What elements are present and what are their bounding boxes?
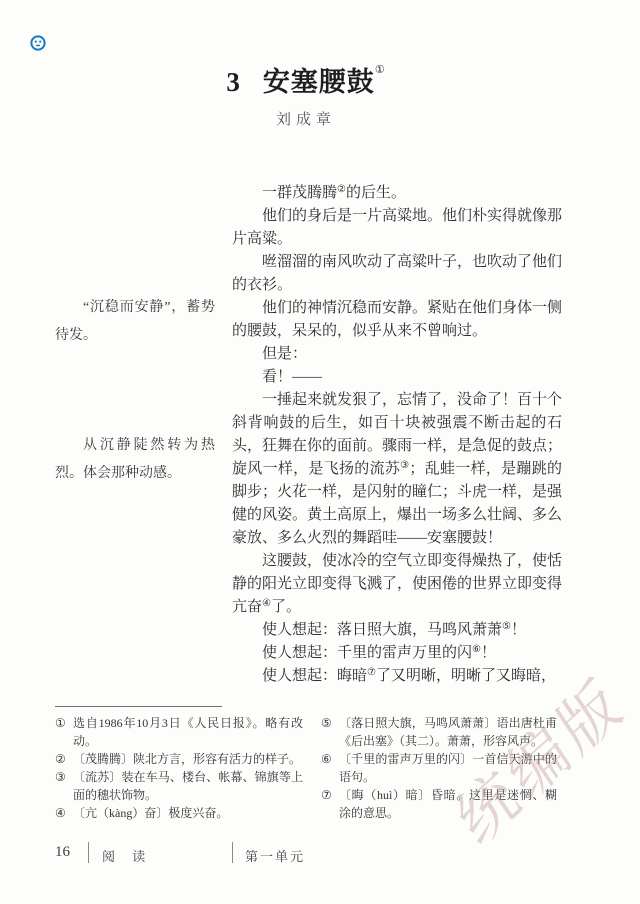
lesson-title: 3安塞腰鼓① — [55, 60, 557, 99]
footnote-marker: ③ — [55, 768, 73, 804]
footnote: ⑦ 〔晦（huì）暗〕昏暗。这里是迷惘、糊涂的意思。 — [321, 786, 557, 822]
lesson-number: 3 — [226, 67, 241, 97]
footnote-marker: ② — [55, 750, 73, 768]
footer-section-label: 阅 读 — [102, 846, 152, 865]
margin-annotation: 从沉静陡然转为热烈。体会那种动感。 — [55, 432, 215, 488]
footnote: ⑥ 〔千里的雷声万里的闪〕一首信天游中的语句。 — [321, 750, 557, 786]
footer-unit-label: 第一单元 — [245, 846, 305, 865]
page-footer: 16 阅 读 第一单元 — [55, 842, 557, 864]
footnote: ① 选自1986年10月3日《人民日报》。略有改动。 — [55, 714, 303, 750]
footnote-text: 〔晦（huì）暗〕昏暗。这里是迷惘、糊涂的意思。 — [339, 786, 557, 822]
footnote-marker: ⑤ — [321, 714, 339, 750]
footnote-text: 〔落日照大旗，马鸣风萧萧〕语出唐杜甫《后出塞》（其二）。萧萧，形容风声。 — [339, 714, 557, 750]
paragraph: 他们的身后是一片高粱地。他们朴实得就像那片高粱。 — [232, 205, 562, 251]
paragraph: 使人想起：千里的雷声万里的闪⑥！ — [232, 642, 562, 665]
footnote-text: 选自1986年10月3日《人民日报》。略有改动。 — [73, 714, 303, 750]
reader-smiley-icon[interactable] — [30, 35, 46, 51]
footnote-marker: ① — [55, 714, 73, 750]
footnote: ③ 〔流苏〕装在车马、楼台、帐幕、锦旗等上面的穗状饰物。 — [55, 768, 303, 804]
footer-divider-bar — [88, 842, 89, 863]
footnote: ⑤ 〔落日照大旗，马鸣风萧萧〕语出唐杜甫《后出塞》（其二）。萧萧，形容风声。 — [321, 714, 557, 750]
paragraph: 使人想起：落日照大旗，马鸣风萧萧⑤！ — [232, 619, 562, 642]
paragraph: 这腰鼓，使冰冷的空气立即变得燥热了，使恬静的阳光立即变得飞溅了，使困倦的世界立即… — [232, 550, 562, 619]
paragraph: 一群茂腾腾②的后生。 — [232, 182, 562, 205]
lesson-title-text: 安塞腰鼓 — [263, 67, 375, 97]
title-footnote-marker: ① — [375, 64, 386, 76]
footnotes-section: ① 选自1986年10月3日《人民日报》。略有改动。 ② 〔茂腾腾〕陕北方言，形… — [55, 706, 557, 822]
paragraph: 但是： — [232, 343, 562, 366]
lesson-body: 一群茂腾腾②的后生。 他们的身后是一片高粱地。他们朴实得就像那片高粱。 咝溜溜的… — [232, 182, 562, 688]
margin-annotation: “沉稳而安静”，蓄势待发。 — [55, 294, 215, 350]
paragraph: 一捶起来就发狠了，忘情了，没命了！百十个斜背响鼓的后生，如百十块被强震不断击起的… — [232, 389, 562, 550]
footnote-text: 〔流苏〕装在车马、楼台、帐幕、锦旗等上面的穗状饰物。 — [73, 768, 303, 804]
author-name: 刘成章 — [55, 108, 557, 129]
footnote-marker: ⑥ — [321, 750, 339, 786]
paragraph: 他们的神情沉稳而安静。紧贴在他们身体一侧的腰鼓，呆呆的，似乎从来不曾响过。 — [232, 297, 562, 343]
footnote-text: 〔茂腾腾〕陕北方言，形容有活力的样子。 — [73, 750, 303, 768]
footnote-marker: ④ — [55, 804, 73, 822]
paragraph: 看！—— — [232, 366, 562, 389]
paragraph: 咝溜溜的南风吹动了高粱叶子，也吹动了他们的衣衫。 — [232, 251, 562, 297]
footnote: ④ 〔亢（kàng）奋〕极度兴奋。 — [55, 804, 303, 822]
page-content: 3安塞腰鼓① 刘成章 一群茂腾腾②的后生。 他们的身后是一片高粱地。他们朴实得就… — [55, 0, 557, 904]
paragraph: 使人想起：晦暗⑦了又明晰，明晰了又晦暗， — [232, 665, 562, 688]
footnote-text: 〔千里的雷声万里的闪〕一首信天游中的语句。 — [339, 750, 557, 786]
textbook-page: 3安塞腰鼓① 刘成章 一群茂腾腾②的后生。 他们的身后是一片高粱地。他们朴实得就… — [0, 0, 640, 904]
page-number: 16 — [55, 844, 70, 861]
footnotes-left-column: ① 选自1986年10月3日《人民日报》。略有改动。 ② 〔茂腾腾〕陕北方言，形… — [55, 714, 303, 822]
footnote-text: 〔亢（kàng）奋〕极度兴奋。 — [73, 804, 303, 822]
footnote: ② 〔茂腾腾〕陕北方言，形容有活力的样子。 — [55, 750, 303, 768]
footnote-divider — [55, 706, 222, 707]
footnote-marker: ⑦ — [321, 786, 339, 822]
footer-divider-bar — [232, 842, 233, 863]
footnotes-right-column: ⑤ 〔落日照大旗，马鸣风萧萧〕语出唐杜甫《后出塞》（其二）。萧萧，形容风声。 ⑥… — [321, 714, 557, 822]
